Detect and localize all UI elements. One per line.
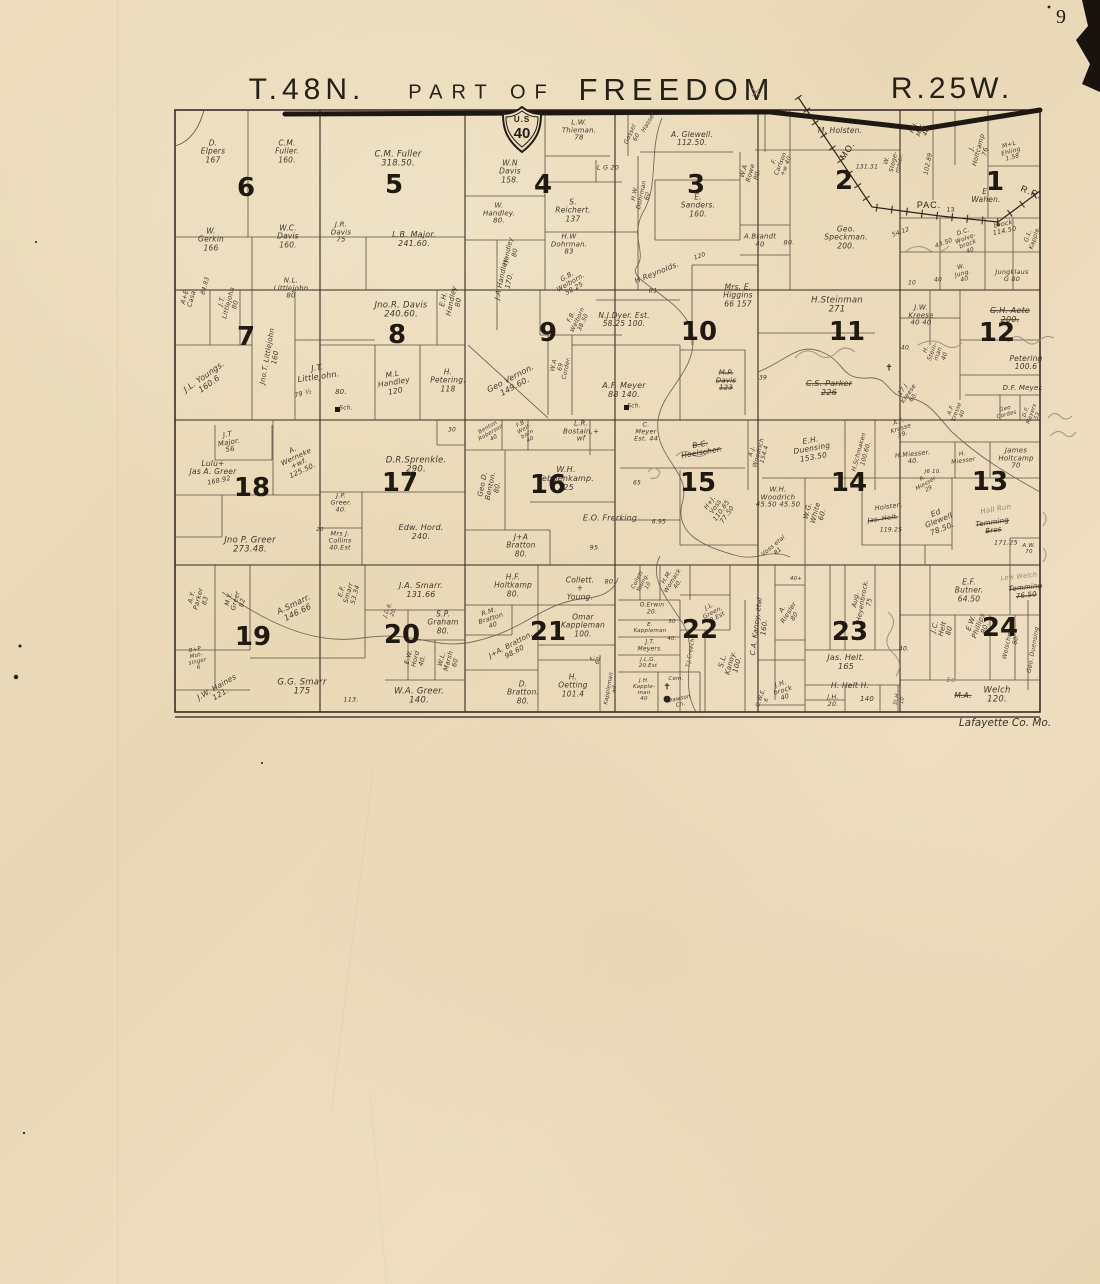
parcel-label: J+A Bratton 80. bbox=[506, 534, 535, 559]
parcel-label: R.M. Bratton 40 bbox=[475, 605, 506, 633]
section-number: 1 bbox=[986, 167, 1004, 197]
parcel-label: Ed bbox=[946, 677, 955, 685]
parcel-label: M. Holsten. bbox=[818, 127, 862, 135]
parcel-label: N.L. Littlejohn 80 bbox=[274, 277, 309, 300]
parcel-label: 131.31 bbox=[856, 165, 878, 172]
parcel-label: 30 bbox=[448, 428, 456, 435]
section-number: 22 bbox=[682, 615, 718, 645]
parcel-label: A.J. Woodrich 154.4 bbox=[746, 436, 773, 470]
parcel-label: M.Y. Greer 82 bbox=[223, 589, 249, 613]
parcel-label: 81 bbox=[649, 287, 658, 294]
parcel-label: A.Y. Parker 83 bbox=[186, 585, 212, 612]
parcel-label: J6 10. bbox=[925, 469, 942, 475]
church-cemetery-symbol: ● bbox=[663, 696, 671, 705]
parcel-label: E. 60. bbox=[589, 653, 604, 666]
parcel-label: Jungklaus G 80 bbox=[995, 269, 1028, 283]
parcel-label: Voss etal 81 bbox=[761, 535, 792, 564]
section-number: 23 bbox=[832, 617, 868, 647]
parcel-label: L G 20 bbox=[597, 164, 619, 171]
parcel-label: J.W. Haines 121. bbox=[196, 673, 242, 709]
parcel-label: R. Miesser 29 bbox=[912, 471, 941, 498]
parcel-label: A. Glewell. 112.50. bbox=[671, 131, 713, 148]
parcel-label: A.Smarr. 146.66 bbox=[276, 593, 316, 625]
parcel-label: J.P. Greer. 40. bbox=[330, 492, 351, 513]
parcel-label: 17 J Kreese 60. bbox=[895, 379, 924, 408]
section-number: 2 bbox=[835, 166, 853, 196]
parcel-label: A.W. 70 bbox=[1022, 543, 1035, 555]
parcel-label: W.C. Davis 160. bbox=[277, 225, 299, 250]
parcel-label: H. Petering. 118 bbox=[430, 369, 466, 394]
parcel-label: Jno.R. Davis 240.60. bbox=[374, 302, 427, 321]
parcel-label: Omar Kappleman 100. bbox=[561, 614, 605, 639]
parcel-label: E.F. Smarr 53.34 bbox=[336, 580, 362, 606]
parcel-label: 40. bbox=[667, 636, 676, 642]
parcel-label: 43.50 bbox=[934, 238, 953, 250]
parcel-label: D. Elpers 167 bbox=[201, 140, 225, 165]
section-number: 11 bbox=[829, 317, 865, 347]
parcel-label: L.W. Thieman. 78 bbox=[562, 119, 596, 142]
parcel-label: J.H. brock 40 bbox=[771, 678, 796, 704]
plate-footer-note: Lafayette Co. Mo. bbox=[959, 717, 1051, 729]
parcel-label: J.T. Littlejohn. bbox=[296, 361, 340, 384]
parcel-label: S.P. Graham 80. bbox=[427, 611, 458, 636]
section-number: 13 bbox=[972, 467, 1008, 497]
parcel-label: E.H. Handley 80 bbox=[438, 284, 467, 318]
parcel-label: C.M. Fuller 318.50. bbox=[375, 151, 422, 170]
parcel-label: 95 bbox=[590, 544, 599, 551]
parcel-label: A.F. Kresse 39. bbox=[888, 416, 914, 441]
parcel-label: N.J.Dyer. Est. 58.25 100. bbox=[598, 312, 649, 329]
parcel-label: F.B. Welborn 38.50 bbox=[563, 304, 592, 336]
parcel-label: D.F. Meyer. bbox=[1003, 385, 1044, 393]
parcel-label: J.L.G. 20.Est bbox=[639, 657, 657, 669]
parcel-label: 79 ½ bbox=[294, 388, 313, 399]
parcel-label: S.L. Kanoy. 100. bbox=[717, 648, 746, 678]
section-number: 10 bbox=[681, 317, 717, 347]
parcel-label: Jno P. Greer 273.48. bbox=[224, 537, 276, 556]
section-number: 18 bbox=[234, 473, 270, 503]
parcel-label: W.A 69 Corder. bbox=[549, 354, 573, 381]
parcel-label: Handley 80 bbox=[502, 237, 522, 268]
parcel-label: Collett Young. 10 bbox=[630, 570, 655, 596]
section-number: 15 bbox=[680, 468, 716, 498]
parcel-label: M.L Handley 120 bbox=[376, 368, 412, 398]
parcel-label: Mrs J. Collins 40.Est bbox=[329, 530, 352, 551]
parcel-label: Edw. Hord. 240. bbox=[398, 524, 443, 542]
parcel-label: brock 114.50 bbox=[991, 219, 1017, 238]
parcel-label: E.O. Frerking bbox=[583, 515, 637, 524]
section-number: 21 bbox=[530, 617, 566, 647]
parcel-label: 54.12 bbox=[891, 227, 910, 239]
parcel-label: M.A. bbox=[954, 692, 971, 700]
parcel-label: H.M. Womack 40. bbox=[657, 564, 688, 597]
section-number: 17 bbox=[382, 468, 418, 498]
parcel-label: A.F. Meyer 88 140. bbox=[602, 382, 646, 400]
parcel-label: Hall Run bbox=[980, 504, 1012, 517]
parcel-label: 10 bbox=[908, 281, 916, 288]
parcel-label: O.Erwin 20. bbox=[640, 602, 664, 615]
parcel-label: E.W. Hord 40. bbox=[404, 648, 429, 669]
parcel-label: S. Reichert. 137 bbox=[555, 199, 591, 224]
parcel-label: J.T Major. 56 bbox=[216, 430, 242, 457]
parcel-label: 140 bbox=[860, 696, 874, 704]
parcel-label: 30 bbox=[668, 619, 675, 625]
parcel-label: J.T. Meyers. bbox=[637, 639, 662, 652]
parcel-label: PAC. bbox=[917, 201, 941, 211]
parcel-label: Lew Welch bbox=[1000, 572, 1037, 583]
parcel-label: W. Gerkin 166 bbox=[198, 228, 224, 253]
parcel-label: D.F. Meyers 53 bbox=[1020, 401, 1044, 427]
parcel-label: R.R. bbox=[1019, 184, 1043, 201]
parcel-label: Holsten. bbox=[874, 501, 903, 512]
parcel-label: F. Carlson +w 40 bbox=[767, 149, 794, 179]
parcel-label: Welch 120. bbox=[983, 687, 1010, 706]
section-number: 9 bbox=[539, 318, 557, 348]
parcel-label: C. Meyer Est. 44 bbox=[634, 421, 658, 442]
parcel-label: H. Miesser bbox=[950, 450, 976, 466]
parcel-label: 40. bbox=[901, 346, 911, 353]
parcel-label: Cem. bbox=[668, 676, 683, 682]
parcel-label: Sch. bbox=[339, 406, 353, 413]
map-labels-layer: D. Elpers 167C.M. Fuller. 160.C.M. Fulle… bbox=[0, 0, 1100, 1284]
parcel-label: G.B. Welborn. 58.25 bbox=[552, 266, 589, 300]
parcel-label: Jno.T. Littlejohn 160 bbox=[259, 328, 284, 387]
parcel-label: 168.92 bbox=[207, 475, 232, 487]
parcel-label: Geo. Speckman. 200. bbox=[824, 226, 867, 251]
parcel-label: J.L. Youngs. 160.6 bbox=[182, 360, 231, 402]
parcel-label: M.P. Davis 123 bbox=[716, 369, 736, 392]
parcel-label: J.A Handley 170. bbox=[494, 258, 518, 303]
parcel-label: F.H. Mor. 40 bbox=[909, 120, 932, 139]
parcel-label: E. Kappleman bbox=[634, 622, 667, 634]
parcel-label: Mrs. E. Higgins 66 157 bbox=[723, 284, 752, 309]
parcel-label: H. Helt H. bbox=[831, 682, 869, 690]
parcel-label: H.F. Holtkamp 80. bbox=[494, 574, 532, 599]
parcel-label: F.B. Well- born 40 bbox=[514, 418, 539, 446]
parcel-label: A. Werneke +wf. 125.50. bbox=[277, 440, 320, 482]
parcel-label: J.R. Davis 75 bbox=[331, 221, 351, 244]
section-number: 14 bbox=[831, 468, 867, 498]
parcel-label: W. Stege- maier. bbox=[882, 150, 906, 174]
parcel-label: Jas. Helt. bbox=[867, 513, 898, 524]
parcel-label: 80. bbox=[784, 239, 795, 246]
parcel-label: C.S. Parker 226 bbox=[806, 380, 852, 398]
parcel-label: 80. bbox=[335, 389, 347, 397]
parcel-label: MO. bbox=[838, 140, 858, 162]
section-number: 5 bbox=[385, 170, 403, 200]
parcel-label: Geo Vernon. 149.60. bbox=[486, 363, 540, 403]
parcel-label: B.C. Hoelscher. bbox=[679, 437, 722, 460]
section-number: 20 bbox=[384, 620, 420, 650]
parcel-label: B+P Mot- singer 6 bbox=[186, 645, 209, 672]
parcel-label: Geo Cordes bbox=[995, 404, 1018, 421]
parcel-label: 84.83 bbox=[200, 276, 211, 295]
parcel-label: L.R. Bostain,+ wf bbox=[563, 420, 599, 443]
parcel-label: H.W. Dohrman 60 bbox=[629, 179, 654, 212]
parcel-label: E.H. Duensing 153.50 bbox=[792, 434, 833, 465]
parcel-label: H.Reynolds. bbox=[634, 260, 681, 285]
parcel-label: H.W Dohrman. 83 bbox=[551, 233, 587, 256]
parcel-label: Geo D. Benton. 80. bbox=[477, 470, 506, 503]
parcel-label: A+E. Casa. bbox=[180, 286, 199, 308]
parcel-label: W.L. Marsh 60 bbox=[436, 648, 462, 674]
atlas-page: 9 T.48N. PART OF FREEDOM R.25W. bbox=[0, 0, 1100, 1284]
parcel-label: Lulu+ Jas A. Greer bbox=[190, 460, 237, 477]
parcel-label: Temming Bros bbox=[975, 517, 1010, 537]
parcel-label: E.F. Butner. 64.50 bbox=[955, 579, 983, 604]
section-number: 24 bbox=[982, 613, 1018, 643]
parcel-label: W.A. Greer. 140. bbox=[394, 688, 444, 707]
parcel-label: Ed Glewell 78.50. bbox=[921, 504, 957, 538]
parcel-label: G.L. Kapple. bbox=[1022, 224, 1042, 251]
parcel-label: 39 bbox=[759, 376, 767, 383]
parcel-label: 20 bbox=[316, 527, 323, 533]
parcel-label: W.N Davis 158. bbox=[499, 160, 521, 185]
parcel-label: 102.89 bbox=[923, 152, 934, 175]
parcel-label: Collett. + Young. bbox=[566, 577, 594, 602]
parcel-label: J.H. 20. bbox=[827, 694, 839, 708]
parcel-label: M+L Ehling 1.58 bbox=[999, 140, 1023, 164]
parcel-label: Hassel bbox=[641, 112, 657, 133]
parcel-label: H. Stein- man 40 bbox=[920, 340, 951, 367]
section-number: 12 bbox=[979, 318, 1015, 348]
parcel-label: G.G. Smarr 175 bbox=[277, 679, 326, 698]
parcel-label: Dawson Ch. bbox=[667, 694, 692, 711]
parcel-label: St.H 10 bbox=[894, 693, 907, 706]
parcel-label: C.M. Fuller. 160. bbox=[275, 140, 299, 165]
section-number: 19 bbox=[235, 622, 271, 652]
parcel-label: Jas. Helt. 165 bbox=[827, 654, 864, 672]
parcel-label: Geo. Duensing bbox=[1027, 626, 1042, 673]
parcel-label: 171.25 bbox=[994, 539, 1018, 546]
parcel-label: 40. bbox=[899, 647, 909, 654]
parcel-label: J.H. Kapple- man 40 bbox=[633, 678, 655, 702]
church-cemetery-symbol: ✝ bbox=[663, 684, 671, 693]
section-number: 8 bbox=[388, 320, 406, 350]
parcel-label: 80. bbox=[605, 578, 616, 585]
parcel-label: Benton Roberson 40 bbox=[474, 418, 507, 448]
section-number: 3 bbox=[687, 170, 705, 200]
parcel-label: A.F. Kresse 40 bbox=[945, 400, 969, 425]
parcel-label: H.Miesser. 40. bbox=[895, 449, 932, 467]
section-number: 6 bbox=[237, 173, 255, 203]
parcel-label: Gossel 60 bbox=[624, 124, 645, 149]
section-number: 4 bbox=[534, 170, 552, 200]
section-number: 16 bbox=[530, 470, 566, 500]
parcel-label: 65 bbox=[633, 481, 641, 488]
parcel-label: J.W. Kreese 40 40 bbox=[908, 304, 933, 327]
parcel-label: H. Oetting 101.4 bbox=[558, 674, 587, 699]
parcel-label: Kappleman wf bbox=[603, 672, 621, 706]
parcel-label: 113. bbox=[343, 696, 358, 703]
parcel-label: C.A. Kanoy, etal 160. bbox=[750, 597, 772, 657]
parcel-label: D.C. Wolve- brock 40 bbox=[952, 226, 982, 258]
parcel-label: J.T. Littlejohn 80 bbox=[214, 285, 243, 322]
parcel-label: Temming 76.50 bbox=[1008, 583, 1043, 602]
parcel-label: L.B. Major. 241.60. bbox=[392, 231, 436, 249]
parcel-label: Sch. bbox=[627, 404, 641, 411]
parcel-label: W. Handley. 80. bbox=[483, 202, 515, 225]
section-number: 7 bbox=[237, 322, 255, 352]
parcel-label: J. Holtcamp 76 bbox=[964, 131, 993, 168]
parcel-label: 120 bbox=[693, 252, 707, 262]
parcel-label: A. Riesler 80 bbox=[774, 597, 805, 628]
parcel-label: W.H. Woodrich 45.50 45.50 bbox=[756, 486, 801, 509]
parcel-label: 40 bbox=[934, 278, 942, 285]
church-cemetery-symbol: ✝ bbox=[885, 365, 893, 374]
parcel-label: 13 bbox=[947, 208, 956, 215]
parcel-label: W.A Rowe 80. bbox=[738, 161, 764, 185]
parcel-label: A.Brandt 40 bbox=[744, 233, 776, 248]
parcel-label: D. Bratton. 80. bbox=[507, 681, 539, 706]
parcel-label: J.C. Helt 80 bbox=[930, 619, 956, 640]
parcel-label: 6.95 bbox=[652, 520, 666, 527]
parcel-label: 119.25 bbox=[880, 528, 902, 535]
parcel-label: G.W.E. 6 bbox=[755, 688, 773, 710]
parcel-label: J.D.6. 20. bbox=[383, 602, 400, 621]
parcel-label: Petering 100.6 bbox=[1010, 355, 1043, 372]
parcel-label: W. Jung. 40 bbox=[953, 262, 974, 285]
parcel-label: W.G. White 60. bbox=[802, 500, 830, 527]
parcel-label: J.A. Smarr. 131.66 bbox=[399, 582, 443, 600]
parcel-label: 40+ bbox=[790, 576, 802, 582]
parcel-label: H.Steinman 271 bbox=[811, 297, 863, 316]
